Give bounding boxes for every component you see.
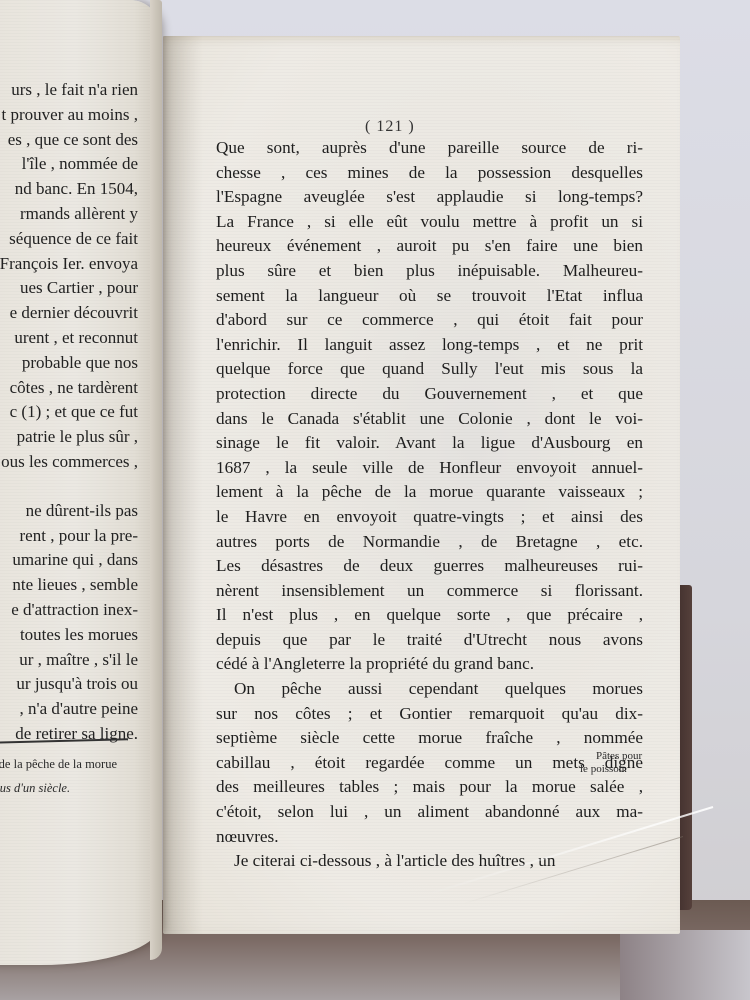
margin-note: Pâtes pour le poisson. (580, 750, 660, 776)
footnote-line: e de la pêche de la morue (0, 752, 150, 776)
text-line: l'île , nommée de (0, 152, 150, 177)
text-line: toutes les morues (0, 623, 150, 648)
text-line: heureux événement , auroit pu s'en faire… (216, 234, 643, 259)
text-line: ous les commerces , (0, 450, 150, 475)
text-line: l'Espagne aveuglée s'est applaudie si lo… (216, 185, 643, 210)
text-line: umarine qui , dans (0, 548, 150, 573)
text-line: ne dûrent-ils pas (0, 499, 150, 524)
text-line: e d'attraction inex- (0, 598, 150, 623)
text-line: On pêche aussi cependant quelques morues (216, 677, 643, 702)
text-line: des meilleures tables ; mais pour la mor… (216, 775, 643, 800)
text-line: chesse , ces mines de la possession desq… (216, 161, 643, 186)
text-line: François Ier. envoya (0, 252, 150, 277)
text-line: t prouver au moins , (0, 103, 150, 128)
text-line: autres ports de Normandie , de Bretagne … (216, 530, 643, 555)
text-line: c (1) ; et que ce fut (0, 400, 150, 425)
text-line: de retirer sa ligne. (0, 722, 150, 747)
text-line: ues Cartier , pour (0, 276, 150, 301)
text-line: cédé à l'Angleterre la propriété du gran… (216, 652, 643, 677)
right-page: ( 121 ) Que sont, auprès d'une pareille … (163, 36, 680, 934)
text-line: es , que ce sont des (0, 128, 150, 153)
text-line: e dernier découvrit (0, 301, 150, 326)
margin-note-line: le poisson. (580, 763, 660, 776)
text-line: ur , maître , s'il le (0, 648, 150, 673)
footnote: e de la pêche de la morue plus d'un sièc… (0, 752, 150, 800)
text-line: Je citerai ci-dessous , à l'article des … (216, 849, 643, 874)
text-line: nd banc. En 1504, (0, 177, 150, 202)
table-surface-light (620, 930, 750, 1000)
right-page-body: Que sont, auprès d'une pareille source d… (216, 136, 643, 874)
text-line: d'abord sur ce commerce , qui étoit fait… (216, 308, 643, 333)
text-line: protection directe du Gouvernement , et … (216, 382, 643, 407)
text-line: séquence de ce fait (0, 227, 150, 252)
text-line: urent , et reconnut (0, 326, 150, 351)
text-line: probable que nos (0, 351, 150, 376)
text-line: septième siècle cette morue fraîche , no… (216, 726, 643, 751)
text-line: ur jusqu'à trois ou (0, 672, 150, 697)
text-line: lement à la pêche de la morue quarante v… (216, 480, 643, 505)
text-line: côtes , ne tardèrent (0, 376, 150, 401)
left-page-curl-edge (150, 0, 162, 960)
text-line: cabillau , étoit regardée comme un mets … (216, 751, 643, 776)
text-line: La France , si elle eût voulu mettre à p… (216, 210, 643, 235)
text-line: le Havre en envoyoit quatre-vingts ; et … (216, 505, 643, 530)
text-line: urs , le fait n'a rien (0, 78, 150, 103)
text-line: quelque force que quand Sully l'eut mis … (216, 357, 643, 382)
text-line: , n'a d'autre peine (0, 697, 150, 722)
text-line: Que sont, auprès d'une pareille source d… (216, 136, 643, 161)
text-line: depuis que par le traité d'Utrecht nous … (216, 628, 643, 653)
text-line: dans le Canada s'établit une Colonie , d… (216, 407, 643, 432)
page-number: ( 121 ) (163, 118, 680, 136)
text-line: rmands allèrent y (0, 202, 150, 227)
spine-shadow (163, 36, 203, 934)
text-line: c'étoit, selon lui , un aliment abandonn… (216, 800, 643, 825)
text-line: nèrent insensiblement un commerce si flo… (216, 579, 643, 604)
text-line: sinage le fit valoir. Avant la ligue d'A… (216, 431, 643, 456)
text-line: rent , pour la pre- (0, 524, 150, 549)
text-line: 1687 , la seule ville de Honfleur envoyo… (216, 456, 643, 481)
left-page-body: urs , le fait n'a rien t prouver au moin… (0, 78, 150, 747)
text-line: patrie le plus sûr , (0, 425, 150, 450)
text-line: sur nos côtes ; et Gontier remarquoit qu… (216, 702, 643, 727)
text-line: plus sûre et bien plus inépuisable. Malh… (216, 259, 643, 284)
margin-note-line: Pâtes pour (580, 750, 660, 763)
text-line: nte lieues , semble (0, 573, 150, 598)
text-line: nœuvres. (216, 825, 643, 850)
text-line: l'enrichir. Il languit assez long-temps … (216, 333, 643, 358)
text-line: sement la langueur où se trouvoit l'Etat… (216, 284, 643, 309)
footnote-line: plus d'un siècle. (0, 776, 150, 800)
text-line: Les désastres de deux guerres malheureus… (216, 554, 643, 579)
left-page: urs , le fait n'a rien t prouver au moin… (0, 0, 160, 965)
text-line: Il n'est plus , en quelque sorte , que p… (216, 603, 643, 628)
